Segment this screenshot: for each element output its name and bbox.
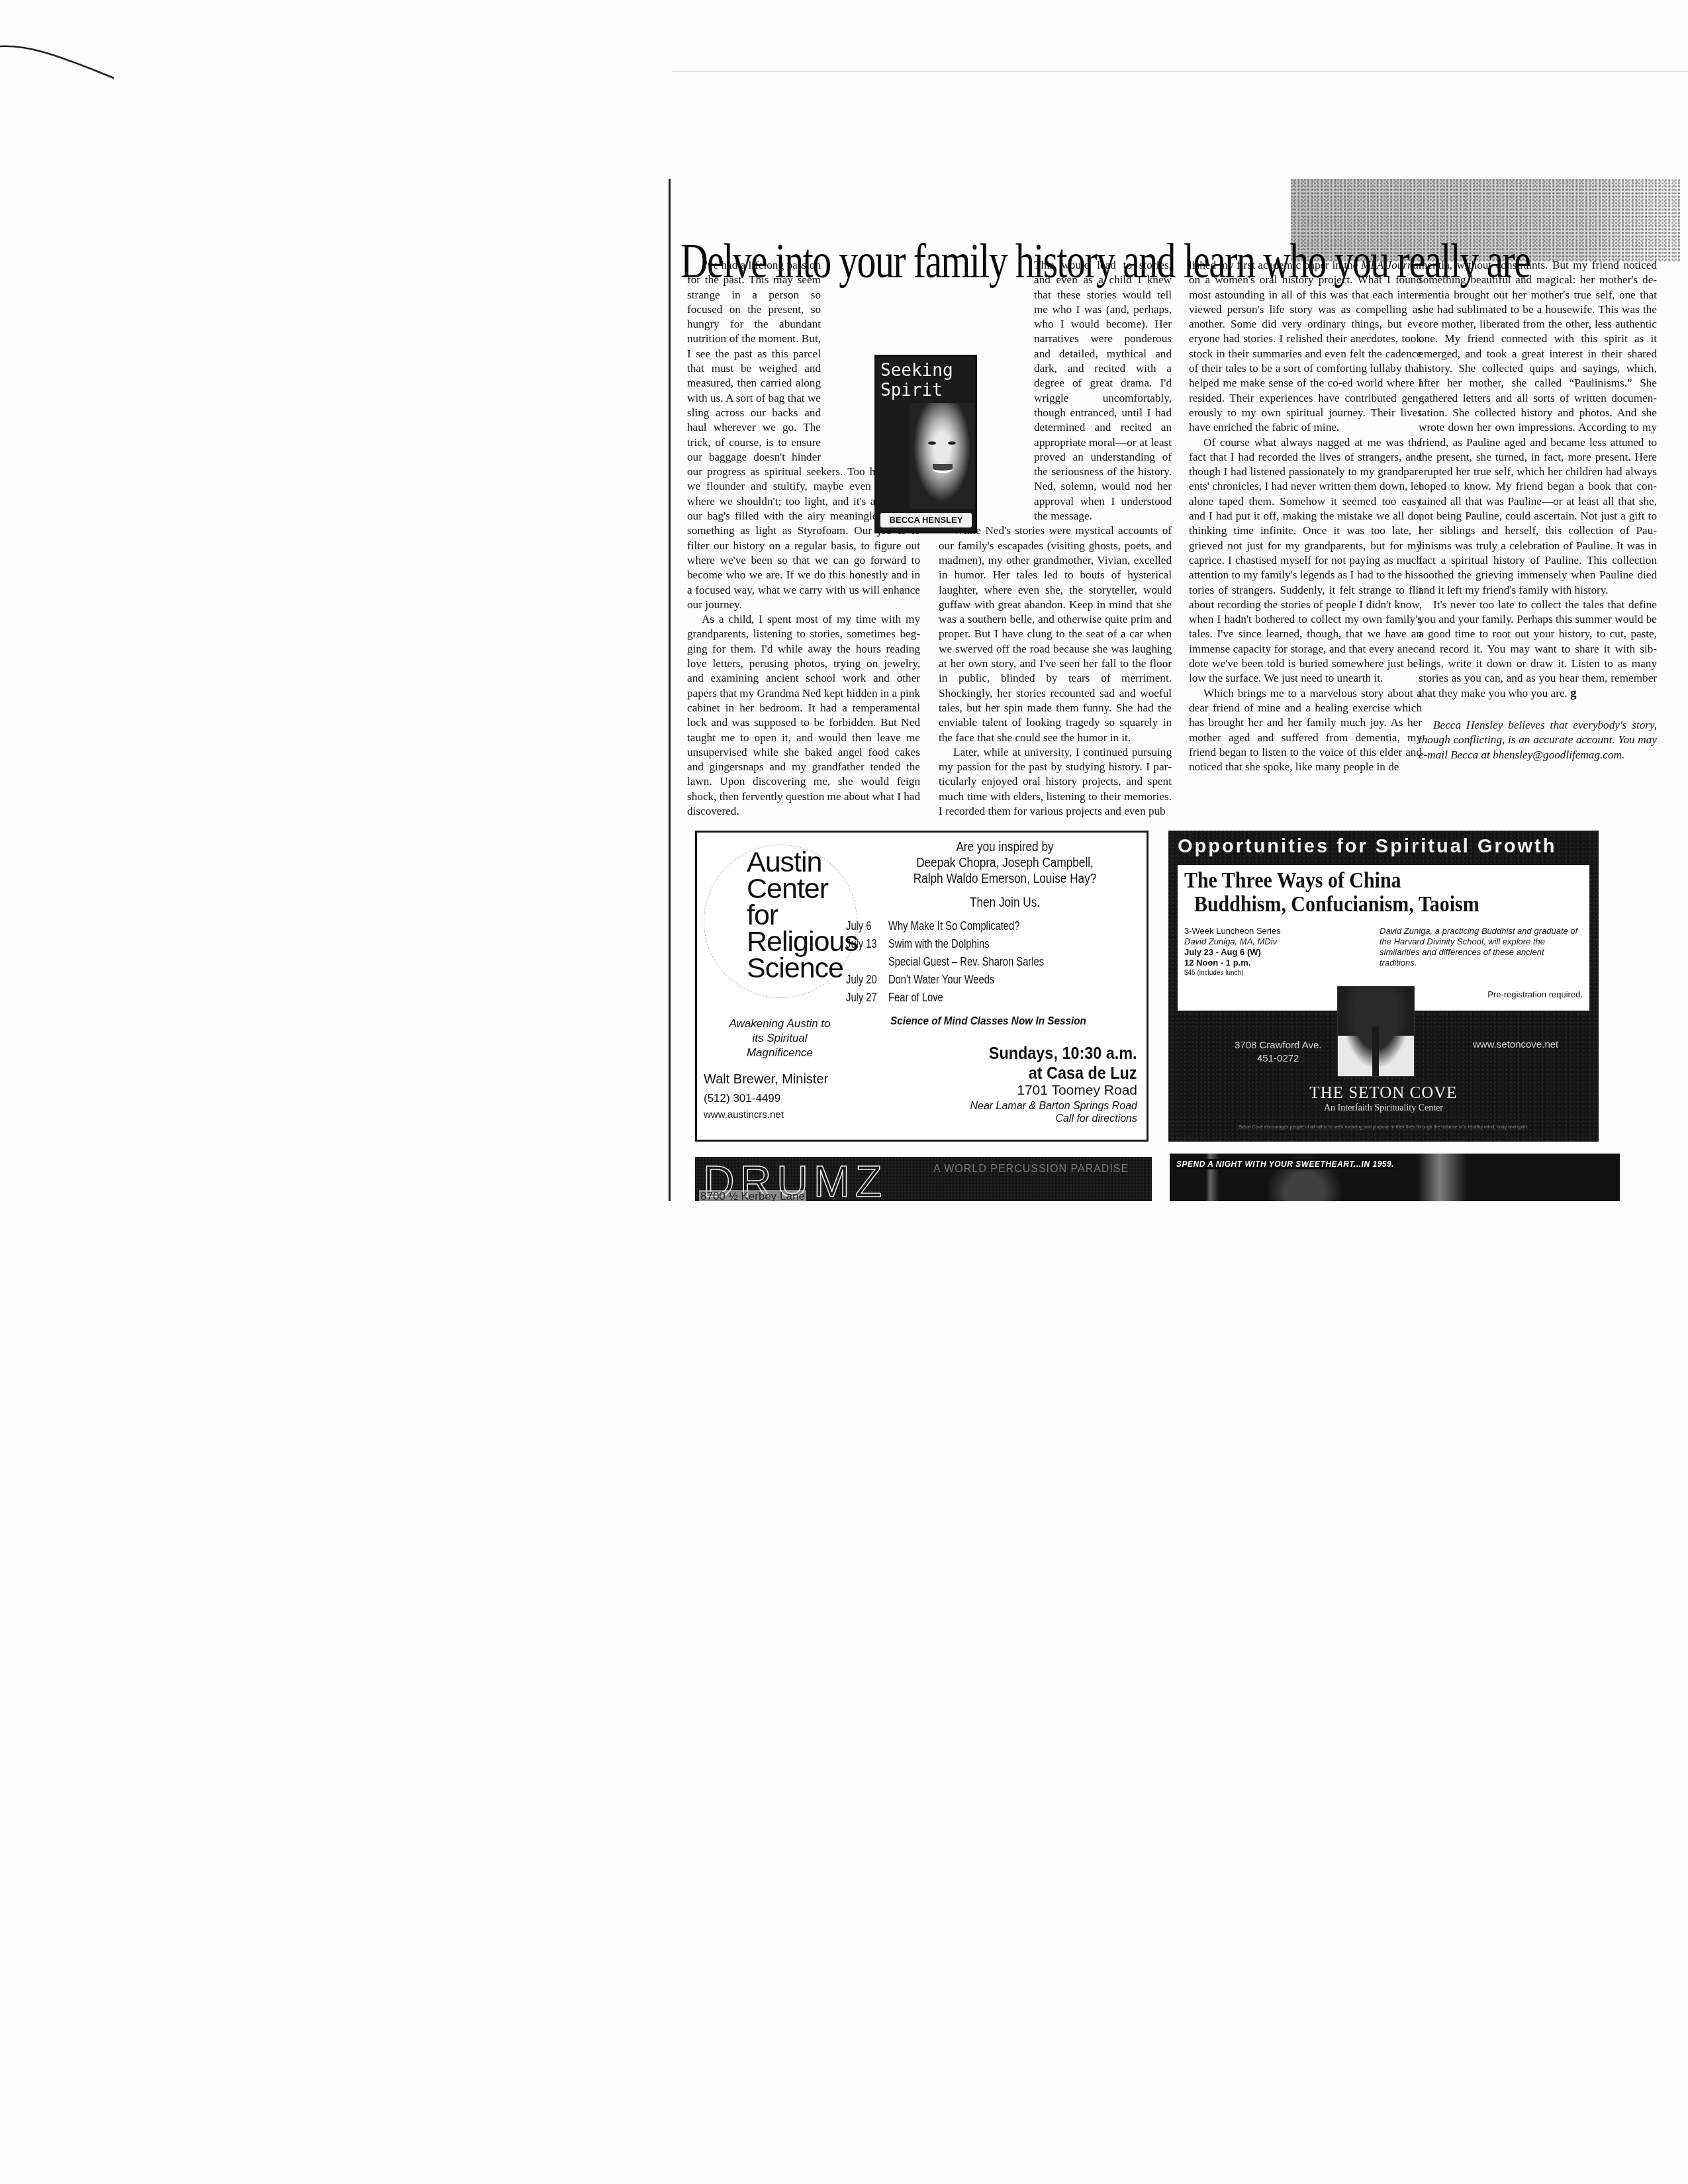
- acrs-phone: (512) 301-4499: [704, 1092, 780, 1105]
- author-bio: Becca Hensley believes that everybody's …: [1419, 718, 1657, 762]
- author-byline: BECCA HENSLEY: [880, 513, 972, 527]
- sweetheart-tagline: SPEND A NIGHT WITH YOUR SWEETHEART...IN …: [1174, 1159, 1397, 1169]
- seton-name: THE SETON COVE: [1168, 1084, 1599, 1103]
- seton-website: www.setoncove.net: [1473, 1039, 1558, 1050]
- paragraph: lished my first academic paper in the ML…: [1189, 258, 1422, 435]
- schedule-row: July 13Swim with the Dolphins: [846, 935, 1044, 953]
- acrs-tagline: Awakening Austin to its Spiritual Magnif…: [724, 1017, 836, 1060]
- paragraph: It's never too late to collect the tales…: [1419, 598, 1657, 701]
- acrs-service-time: Sundays, 10:30 a.m. at Casa de Luz: [989, 1043, 1137, 1083]
- paragraph: As a child, I spent most of my time with…: [687, 612, 920, 819]
- drumz-address: 8700 ½ Kerbey Lane: [699, 1190, 806, 1201]
- acrs-classes-note: Science of Mind Classes Now In Session: [863, 1015, 1113, 1028]
- paragraph: mentia, without constraints. But my frie…: [1419, 258, 1657, 598]
- drumz-tagline: A WORLD PERCUSSION PARADISE: [933, 1163, 1129, 1175]
- schedule-row: Special Guest – Rev. Sharon Sarles: [846, 953, 1044, 971]
- schedule-row: July 27Fear of Love: [846, 989, 1044, 1007]
- acrs-logo: Austin Center for Religious Science: [747, 849, 858, 981]
- seton-subname: An Interfaith Spirituality Center: [1168, 1103, 1599, 1114]
- acrs-minister: Walt Brewer, Minister: [704, 1072, 828, 1087]
- acrs-join: Then Join Us.: [911, 895, 1099, 911]
- seton-event-description: David Zuniga, a practicing Buddhist and …: [1380, 926, 1578, 968]
- seton-prereg-note: Pre-registration required.: [1487, 989, 1583, 999]
- seton-header: Opportunities for Spiritual Growth: [1178, 836, 1556, 858]
- ad-seton-cove: Opportunities for Spiritual Growth The T…: [1168, 831, 1599, 1142]
- paragraph: While Ned's stories were mystical accoun…: [939, 523, 1172, 745]
- column-title: Seeking Spirit: [880, 361, 953, 400]
- paragraph: Which brings me to a marvelous story abo…: [1189, 686, 1422, 775]
- acrs-address: 1701 Toomey Road: [1017, 1083, 1137, 1099]
- end-of-article-mark: g: [1570, 686, 1577, 700]
- ad-sweetheart-1959: SPEND A NIGHT WITH YOUR SWEETHEART...IN …: [1170, 1154, 1620, 1201]
- page-left-rule: [669, 179, 671, 1201]
- scan-page-edge: [672, 71, 1688, 72]
- acrs-question: Are you inspired by Deepak Chopra, Josep…: [911, 839, 1099, 887]
- scan-pen-mark: [0, 40, 116, 79]
- paragraph: Of course what always nagged at me was t…: [1189, 435, 1422, 686]
- tree-photo-icon: [1337, 986, 1415, 1077]
- schedule-row: July 6Why Make It So Complicated?: [846, 917, 1044, 935]
- acrs-website: www.austincrs.net: [704, 1109, 784, 1120]
- column-logo-seeking-spirit: Seeking Spirit BECCA HENSLEY: [874, 355, 977, 533]
- seton-fineprint: Seton Cove encourages people of all fait…: [1175, 1125, 1592, 1130]
- ad-austin-center-religious-science: Austin Center for Religious Science Awak…: [695, 831, 1149, 1142]
- magazine-page: Delve into your family history and learn…: [669, 179, 1681, 1201]
- seton-event-details: 3-Week Luncheon Series David Zuniga, MA,…: [1184, 926, 1281, 979]
- seton-event-title: The Three Ways of China: [1184, 869, 1401, 893]
- author-portrait: [910, 403, 974, 509]
- schedule-row: July 20Don't Water Your Weeds: [846, 971, 1044, 989]
- journal-title: MLA Journal: [1361, 259, 1422, 271]
- seton-event-subtitle: Buddhism, Confucianism, Taoism: [1194, 893, 1479, 917]
- acrs-schedule: July 6Why Make It So Complicated? July 1…: [846, 917, 1044, 1007]
- ad-drumz: DRUMZ A WORLD PERCUSSION PARADISE 8700 ½…: [695, 1157, 1152, 1201]
- acrs-directions: Near Lamar & Barton Springs Road Call fo…: [970, 1100, 1137, 1125]
- paragraph: Later, while at university, I continued …: [939, 745, 1172, 819]
- seton-address: 3708 Crawford Ave. 451-0272: [1235, 1039, 1321, 1066]
